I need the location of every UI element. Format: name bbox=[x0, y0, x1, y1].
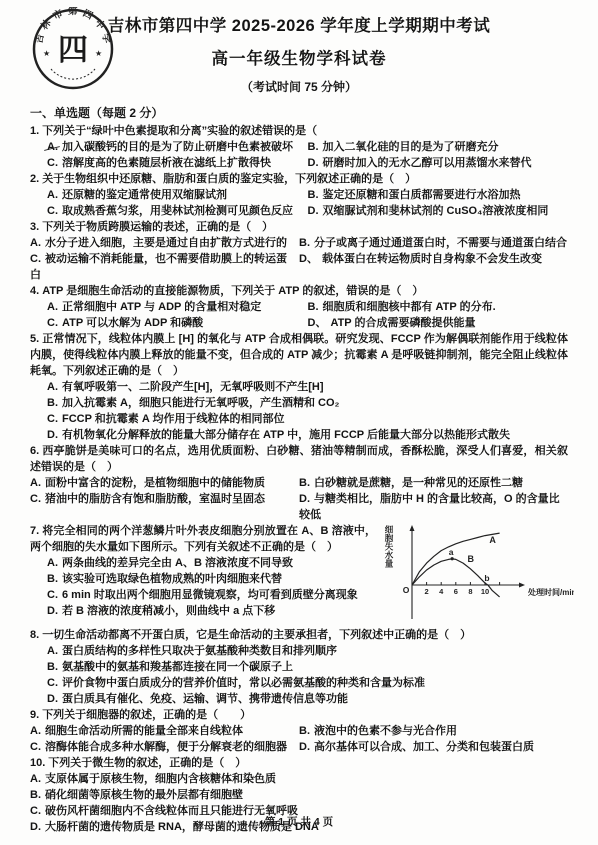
option-text: 载体蛋白在转运物质时自身构象不会发生改变 bbox=[322, 253, 542, 265]
question-stem-text: 下列关于细胞器的叙述，正确的是（ ） bbox=[42, 709, 251, 721]
question-stem: 9.下列关于细胞器的叙述，正确的是（ ） bbox=[30, 707, 568, 723]
option-text: 氨基酸中的氨基和羧基都连接在同一个碳原子上 bbox=[62, 661, 293, 673]
answer-option: C.溶解度高的色素随层析液在滤纸上扩散得快 bbox=[47, 155, 308, 171]
answer-option: B.液泡中的色素不参与光合作用 bbox=[299, 723, 457, 739]
question-stem: 2.关于生物组织中还原糖、脂肪和蛋白质的鉴定实验，下列叙述正确的是（ ） bbox=[30, 171, 568, 187]
option-label: C. bbox=[47, 203, 58, 219]
option-row: A.有氧呼吸第一、二阶段产生[H]，无氧呼吸则不产生[H] bbox=[30, 379, 568, 395]
answer-option: A.两条曲线的差异完全由 A、B 溶液浓度不同导致 bbox=[47, 555, 293, 571]
question-stem: 3.下列关于物质跨膜运输的表述，正确的是（ ） bbox=[30, 219, 568, 235]
option-text: 还原糖的鉴定通常使用双缩脲试剂 bbox=[62, 189, 227, 201]
answer-option: B.该实验可选取绿色植物成熟的叶肉细胞来代替 bbox=[47, 571, 282, 587]
answer-option: C.评价食物中蛋白质成分的营养价值时，常以必需氨基酸的种类和含量为标准 bbox=[47, 675, 425, 691]
answer-option: B.加入抗霉素 A，细胞只能进行无氧呼吸，产生酒精和 CO₂ bbox=[47, 395, 339, 411]
answer-option: B.氨基酸中的氨基和羧基都连接在同一个碳原子上 bbox=[47, 659, 293, 675]
question-number: 6. bbox=[30, 445, 39, 457]
option-row: A.支原体属于原核生物，细胞内含核糖体和染色质 bbox=[30, 771, 568, 787]
option-text: 两条曲线的差异完全由 A、B 溶液浓度不同导致 bbox=[62, 557, 293, 569]
question-stem: 6.西亭脆饼是美味可口的名点，选用优质面粉、白砂糖、猪油等精制而成，香酥松脆，深… bbox=[30, 443, 568, 475]
chart-x-axis-label: 处理时间/min bbox=[527, 587, 574, 597]
option-label: C. bbox=[30, 251, 41, 267]
question-number: 3. bbox=[30, 221, 39, 233]
option-label: C. bbox=[47, 675, 58, 691]
chart-point-label-a: a bbox=[449, 547, 454, 557]
page-number: 第 1 页 共 4 页 bbox=[0, 814, 598, 829]
chart-x-tick: 8 bbox=[468, 587, 472, 596]
option-text: 分子或离子通过通道蛋白时，不需要与通道蛋白结合 bbox=[314, 237, 567, 249]
answer-option: D、ATP 的合成需要磷酸提供能量 bbox=[308, 315, 476, 331]
option-row: C.ATP 可以水解为 ADP 和磷酸D、ATP 的合成需要磷酸提供能量 bbox=[30, 315, 568, 331]
option-row: B.加入抗霉素 A，细胞只能进行无氧呼吸，产生酒精和 CO₂ bbox=[30, 395, 568, 411]
answer-option: A.还原糖的鉴定通常使用双缩脲试剂 bbox=[47, 187, 308, 203]
answer-option: C.溶酶体能合成多种水解酶，便于分解衰老的细胞器 bbox=[30, 739, 299, 755]
question: 9.下列关于细胞器的叙述，正确的是（ ）A.细胞生命活动所需的能量全部来自线粒体… bbox=[30, 707, 568, 755]
answer-option: A.正常细胞中 ATP 与 ADP 的含量相对稳定 bbox=[47, 299, 308, 315]
option-label: B. bbox=[299, 235, 310, 251]
chart-x-tick: 10 bbox=[481, 587, 489, 596]
option-label: B. bbox=[30, 787, 41, 803]
answer-option: B.白砂糖就是蔗糖，是一种常见的还原性二糖 bbox=[299, 475, 523, 491]
question-number: 5. bbox=[30, 333, 39, 345]
option-text: 液泡中的色素不参与光合作用 bbox=[314, 725, 457, 737]
option-text: 硝化细菌等原核生物的最外层都有细胞壁 bbox=[45, 789, 243, 801]
option-row: A.两条曲线的差异完全由 A、B 溶液浓度不同导致 bbox=[30, 555, 376, 571]
answer-option: C.ATP 可以水解为 ADP 和磷酸 bbox=[47, 315, 308, 331]
chart-series-label-A: A bbox=[489, 535, 496, 545]
question-stem: 10.下列关于微生物的叙述，正确的是（ ） bbox=[30, 755, 568, 771]
option-row: A.细胞生命活动所需的能量全部来自线粒体B.液泡中的色素不参与光合作用 bbox=[30, 723, 568, 739]
option-row: B.氨基酸中的氨基和羧基都连接在同一个碳原子上 bbox=[30, 659, 568, 675]
option-label: C. bbox=[47, 411, 58, 427]
option-row: A.水分子进入细胞，主要是通过自由扩散方式进行的B.分子或离子通过通道蛋白时，不… bbox=[30, 235, 568, 251]
option-label: A. bbox=[30, 771, 41, 787]
question-stem: 1.下列关于“绿叶中色素提取和分离”实验的叙述错误的是（ bbox=[30, 123, 568, 139]
option-row: D.蛋白质具有催化、免疫、运输、调节、携带遗传信息等功能 bbox=[30, 691, 568, 707]
option-text: 双缩脲试剂和斐林试剂的 CuSO₄溶液浓度相同 bbox=[323, 205, 549, 217]
chart-x-tick: 2 bbox=[425, 587, 429, 596]
option-label: C. bbox=[47, 155, 58, 171]
option-label: A. bbox=[47, 379, 58, 395]
chart-point-label-b: b bbox=[484, 573, 489, 583]
option-label: D. bbox=[47, 427, 58, 443]
option-text: 被动运输不消耗能量，也不需要借助膜上的转运蛋白 bbox=[30, 253, 287, 281]
answer-option: D、载体蛋白在转运物质时自身构象不会发生改变 bbox=[299, 251, 542, 283]
question-stem-text: 一切生命活动都离不开蛋白质，它是生命活动的主要承担者，下列叙述中正确的是（ ） bbox=[42, 629, 471, 641]
option-text: 水分子进入细胞，主要是通过自由扩散方式进行的 bbox=[45, 237, 287, 249]
option-text: 与糖类相比，脂肪中 H 的含量比较高，O 的含量比较低 bbox=[299, 493, 560, 521]
question-stem: 8.一切生命活动都离不开蛋白质，它是生命活动的主要承担者，下列叙述中正确的是（ … bbox=[30, 627, 568, 643]
option-row: B.硝化细菌等原核生物的最外层都有细胞壁 bbox=[30, 787, 568, 803]
option-label: B. bbox=[299, 475, 310, 491]
option-text: 有氧呼吸第一、二阶段产生[H]，无氧呼吸则不产生[H] bbox=[62, 381, 324, 393]
option-row: A.还原糖的鉴定通常使用双缩脲试剂B.鉴定还原糖和蛋白质都需要进行水浴加热 bbox=[30, 187, 568, 203]
option-text: 面粉中富含的淀粉，是植物细胞中的储能物质 bbox=[45, 477, 265, 489]
option-text: 该实验可选取绿色植物成熟的叶肉细胞来代替 bbox=[62, 573, 282, 585]
chart-point-a bbox=[451, 557, 454, 560]
option-text: 取成熟香蕉匀浆，用斐林试剂检测可见颜色反应 bbox=[62, 205, 293, 217]
seal-center-glyph: 四 bbox=[58, 34, 88, 67]
answer-option: B.鉴定还原糖和蛋白质都需要进行水浴加热 bbox=[308, 187, 521, 203]
answer-option: B.细胞质和细胞核中都有 ATP 的分布. bbox=[308, 299, 496, 315]
option-row: C.溶解度高的色素随层析液在滤纸上扩散得快D.研磨时加入的无水乙醇可以用蒸馏水来… bbox=[30, 155, 568, 171]
answer-option: D.若 B 溶液的浓度稍减小，则曲线中 a 点下移 bbox=[47, 603, 275, 619]
chart-y-axis-label: 细胞失水量 bbox=[384, 525, 394, 568]
exam-header: 吉 林 市 第 四 中 学 ★ ★ 四 吉林市第四中学 2025-2026 学年… bbox=[0, 0, 598, 95]
question-number: 8. bbox=[30, 629, 39, 641]
option-row: C.被动运输不消耗能量，也不需要借助膜上的转运蛋白D、载体蛋白在转运物质时自身构… bbox=[30, 251, 568, 283]
option-label: A. bbox=[47, 139, 58, 155]
option-row: C.评价食物中蛋白质成分的营养价值时，常以必需氨基酸的种类和含量为标准 bbox=[30, 675, 568, 691]
question: 1.下列关于“绿叶中色素提取和分离”实验的叙述错误的是（A.加入碳酸钙的目的是为… bbox=[30, 123, 568, 171]
option-row: C.6 min 时取出两个细胞用显微镜观察，均可看到质壁分离现象 bbox=[30, 587, 376, 603]
chart-svg: 246810O处理时间/minABab bbox=[382, 523, 574, 625]
answer-option: C.FCCP 和抗霉素 A 均作用于线粒体的相同部位 bbox=[47, 411, 284, 427]
option-label: D、 bbox=[299, 251, 318, 267]
question-number: 9. bbox=[30, 709, 39, 721]
option-label: D. bbox=[308, 203, 319, 219]
option-row: C.溶酶体能合成多种水解酶，便于分解衰老的细胞器D.高尔基体可以合成、加工、分类… bbox=[30, 739, 568, 755]
question: 5.正常情况下，线粒体内膜上 [H] 的氧化与 ATP 合成相偶联。研究发现、F… bbox=[30, 331, 568, 443]
answer-option: D.有机物氧化分解释放的能量大部分储存在 ATP 中，施用 FCCP 后能量大部… bbox=[47, 427, 510, 443]
question-stem-text: 西亭脆饼是美味可口的名点，选用优质面粉、白砂糖、猪油等精制而成，香酥松脆，深受人… bbox=[30, 445, 568, 473]
question-stem-text: 正常情况下，线粒体内膜上 [H] 的氧化与 ATP 合成相偶联。研究发现、FCC… bbox=[30, 333, 568, 377]
question-stem-text: 将完全相同的两个洋葱鳞片叶外表皮细胞分别放置在 A、B 溶液中，两个细胞的失水量… bbox=[30, 525, 376, 553]
seal-star-left: ★ bbox=[43, 49, 50, 58]
option-label: C. bbox=[47, 587, 58, 603]
answer-option: C.被动运输不消耗能量，也不需要借助膜上的转运蛋白 bbox=[30, 251, 299, 283]
option-label: B. bbox=[308, 299, 319, 315]
option-label: D. bbox=[47, 603, 58, 619]
question-stem-text: 下列关于“绿叶中色素提取和分离”实验的叙述错误的是（ bbox=[42, 125, 317, 137]
option-text: FCCP 和抗霉素 A 均作用于线粒体的相同部位 bbox=[62, 413, 284, 425]
answer-option: A.加入碳酸钙的目的是为了防止研磨中色素被破坏 bbox=[47, 139, 308, 155]
option-text: 细胞生命活动所需的能量全部来自线粒体 bbox=[45, 725, 243, 737]
answer-option: B.分子或离子通过通道蛋白时，不需要与通道蛋白结合 bbox=[299, 235, 567, 251]
school-seal-icon: 吉 林 市 第 四 中 学 ★ ★ 四 bbox=[31, 7, 115, 91]
question-number: 10. bbox=[30, 757, 45, 769]
chart-series-label-B: B bbox=[467, 554, 474, 564]
question: 细胞失水量246810O处理时间/minABab7.将完全相同的两个洋葱鳞片叶外… bbox=[30, 523, 568, 619]
option-text: 支原体属于原核生物，细胞内含核糖体和染色质 bbox=[45, 773, 276, 785]
option-label: C. bbox=[30, 491, 41, 507]
answer-option: C.6 min 时取出两个细胞用显微镜观察，均可看到质壁分离现象 bbox=[47, 587, 358, 603]
seal-star-right: ★ bbox=[95, 49, 102, 58]
option-text: ATP 的合成需要磷酸提供能量 bbox=[330, 317, 475, 329]
option-label: A. bbox=[30, 475, 41, 491]
option-row: A.蛋白质结构的多样性只取决于氨基酸种类数目和排列顺序 bbox=[30, 643, 568, 659]
question-stem: 4.ATP 是细胞生命活动的直接能源物质，下列关于 ATP 的叙述，错误的是（ … bbox=[30, 283, 568, 299]
option-label: A. bbox=[47, 187, 58, 203]
question-stem-text: 下列关于物质跨膜运输的表述，正确的是（ ） bbox=[42, 221, 273, 233]
option-text: 高尔基体可以合成、加工、分类和包装蛋白质 bbox=[314, 741, 534, 753]
exam-page: 吉 林 市 第 四 中 学 ★ ★ 四 吉林市第四中学 2025-2026 学年… bbox=[0, 0, 598, 845]
option-label: B. bbox=[308, 139, 319, 155]
option-label: D. bbox=[308, 155, 319, 171]
answer-option: A.支原体属于原核生物，细胞内含核糖体和染色质 bbox=[30, 771, 276, 787]
option-row: C.取成熟香蕉匀浆，用斐林试剂检测可见颜色反应D.双缩脲试剂和斐林试剂的 CuS… bbox=[30, 203, 568, 219]
question-number: 2. bbox=[30, 173, 39, 185]
option-label: A. bbox=[47, 555, 58, 571]
option-row: B.该实验可选取绿色植物成熟的叶肉细胞来代替 bbox=[30, 571, 376, 587]
option-label: D. bbox=[299, 491, 310, 507]
option-label: B. bbox=[47, 395, 58, 411]
answer-option: D.研磨时加入的无水乙醇可以用蒸馏水来替代 bbox=[308, 155, 532, 171]
answer-option: A.蛋白质结构的多样性只取决于氨基酸种类数目和排列顺序 bbox=[47, 643, 337, 659]
answer-option: A.细胞生命活动所需的能量全部来自线粒体 bbox=[30, 723, 299, 739]
option-text: 加入抗霉素 A，细胞只能进行无氧呼吸，产生酒精和 CO₂ bbox=[62, 397, 339, 409]
option-label: B. bbox=[299, 723, 310, 739]
question: 4.ATP 是细胞生命活动的直接能源物质，下列关于 ATP 的叙述，错误的是（ … bbox=[30, 283, 568, 331]
section-heading: 一、单选题（每题 2 分） bbox=[30, 105, 568, 121]
option-text: 蛋白质结构的多样性只取决于氨基酸种类数目和排列顺序 bbox=[62, 645, 337, 657]
answer-option: C.猪油中的脂肪含有饱和脂肪酸，室温时呈固态 bbox=[30, 491, 299, 523]
option-text: 若 B 溶液的浓度稍减小，则曲线中 a 点下移 bbox=[62, 605, 275, 617]
option-label: B. bbox=[47, 659, 58, 675]
chart-x-tick: 4 bbox=[439, 587, 444, 596]
option-row: D.有机物氧化分解释放的能量大部分储存在 ATP 中，施用 FCCP 后能量大部… bbox=[30, 427, 568, 443]
option-row: D.若 B 溶液的浓度稍减小，则曲线中 a 点下移 bbox=[30, 603, 376, 619]
answer-option: A.有氧呼吸第一、二阶段产生[H]，无氧呼吸则不产生[H] bbox=[47, 379, 324, 395]
option-label: B. bbox=[308, 187, 319, 203]
question-stem: 5.正常情况下，线粒体内膜上 [H] 的氧化与 ATP 合成相偶联。研究发现、F… bbox=[30, 331, 568, 379]
chart-origin-label: O bbox=[403, 585, 410, 595]
option-row: C.猪油中的脂肪含有饱和脂肪酸，室温时呈固态D.与糖类相比，脂肪中 H 的含量比… bbox=[30, 491, 568, 523]
option-text: 6 min 时取出两个细胞用显微镜观察，均可看到质壁分离现象 bbox=[62, 589, 358, 601]
question-number: 7. bbox=[30, 525, 39, 537]
questions: 1.下列关于“绿叶中色素提取和分离”实验的叙述错误的是（A.加入碳酸钙的目的是为… bbox=[30, 123, 568, 835]
question-stem-text: 下列关于微生物的叙述，正确的是（ ） bbox=[48, 757, 246, 769]
option-text: 细胞质和细胞核中都有 ATP 的分布. bbox=[323, 301, 496, 313]
option-text: 加入碳酸钙的目的是为了防止研磨中色素被破坏 bbox=[62, 141, 293, 153]
question: 3.下列关于物质跨膜运输的表述，正确的是（ ）A.水分子进入细胞，主要是通过自由… bbox=[30, 219, 568, 283]
option-row: A.面粉中富含的淀粉，是植物细胞中的储能物质B.白砂糖就是蔗糖，是一种常见的还原… bbox=[30, 475, 568, 491]
option-text: ATP 可以水解为 ADP 和磷酸 bbox=[62, 317, 203, 329]
question-stem-text: ATP 是细胞生命活动的直接能源物质，下列关于 ATP 的叙述，错误的是（ ） bbox=[42, 285, 423, 297]
chart-x-tick: 6 bbox=[454, 587, 458, 596]
option-label: A. bbox=[47, 643, 58, 659]
answer-option: A.水分子进入细胞，主要是通过自由扩散方式进行的 bbox=[30, 235, 299, 251]
option-text: 研磨时加入的无水乙醇可以用蒸馏水来替代 bbox=[323, 157, 532, 169]
question-stem-text: 关于生物组织中还原糖、脂肪和蛋白质的鉴定实验，下列叙述正确的是（ ） bbox=[42, 173, 416, 185]
option-text: 鉴定还原糖和蛋白质都需要进行水浴加热 bbox=[323, 189, 521, 201]
option-label: A. bbox=[30, 235, 41, 251]
option-label: B. bbox=[47, 571, 58, 587]
option-label: A. bbox=[30, 723, 41, 739]
exam-body: 一、单选题（每题 2 分） 1.下列关于“绿叶中色素提取和分离”实验的叙述错误的… bbox=[0, 95, 598, 835]
question-number: 1. bbox=[30, 125, 39, 137]
option-label: D. bbox=[47, 691, 58, 707]
question: 8.一切生命活动都离不开蛋白质，它是生命活动的主要承担者，下列叙述中正确的是（ … bbox=[30, 627, 568, 707]
answer-option: C.取成熟香蕉匀浆，用斐林试剂检测可见颜色反应 bbox=[47, 203, 308, 219]
answer-option: D.蛋白质具有催化、免疫、运输、调节、携带遗传信息等功能 bbox=[47, 691, 348, 707]
water-loss-chart: 细胞失水量246810O处理时间/minABab bbox=[382, 523, 574, 625]
question: 6.西亭脆饼是美味可口的名点，选用优质面粉、白砂糖、猪油等精制而成，香酥松脆，深… bbox=[30, 443, 568, 523]
question-number: 4. bbox=[30, 285, 39, 297]
option-row: A.正常细胞中 ATP 与 ADP 的含量相对稳定B.细胞质和细胞核中都有 AT… bbox=[30, 299, 568, 315]
option-label: D. bbox=[299, 739, 310, 755]
answer-option: A.面粉中富含的淀粉，是植物细胞中的储能物质 bbox=[30, 475, 299, 491]
option-text: 蛋白质具有催化、免疫、运输、调节、携带遗传信息等功能 bbox=[62, 693, 348, 705]
option-text: 溶解度高的色素随层析液在滤纸上扩散得快 bbox=[62, 157, 271, 169]
option-label: C. bbox=[30, 739, 41, 755]
option-label: A. bbox=[47, 299, 58, 315]
answer-option: D.双缩脲试剂和斐林试剂的 CuSO₄溶液浓度相同 bbox=[308, 203, 549, 219]
option-text: 正常细胞中 ATP 与 ADP 的含量相对稳定 bbox=[62, 301, 261, 313]
option-text: 猪油中的脂肪含有饱和脂肪酸，室温时呈固态 bbox=[45, 493, 265, 505]
answer-option: D.与糖类相比，脂肪中 H 的含量比较高，O 的含量比较低 bbox=[299, 491, 568, 523]
option-text: 白砂糖就是蔗糖，是一种常见的还原性二糖 bbox=[314, 477, 523, 489]
answer-option: B.硝化细菌等原核生物的最外层都有细胞壁 bbox=[30, 787, 243, 803]
option-text: 评价食物中蛋白质成分的营养价值时，常以必需氨基酸的种类和含量为标准 bbox=[62, 677, 425, 689]
answer-option: B.加入二氧化硅的目的是为了研磨充分 bbox=[308, 139, 499, 155]
option-label: C. bbox=[47, 315, 58, 331]
option-text: 溶酶体能合成多种水解酶，便于分解衰老的细胞器 bbox=[45, 741, 287, 753]
option-text: 加入二氧化硅的目的是为了研磨充分 bbox=[323, 141, 499, 153]
option-label: D、 bbox=[308, 315, 327, 331]
option-row: A.加入碳酸钙的目的是为了防止研磨中色素被破坏B.加入二氧化硅的目的是为了研磨充… bbox=[30, 139, 568, 155]
option-text: 有机物氧化分解释放的能量大部分储存在 ATP 中，施用 FCCP 后能量大部分以… bbox=[62, 429, 510, 441]
option-row: C.FCCP 和抗霉素 A 均作用于线粒体的相同部位 bbox=[30, 411, 568, 427]
answer-option: D.高尔基体可以合成、加工、分类和包装蛋白质 bbox=[299, 739, 534, 755]
question: 2.关于生物组织中还原糖、脂肪和蛋白质的鉴定实验，下列叙述正确的是（ ）A.还原… bbox=[30, 171, 568, 219]
